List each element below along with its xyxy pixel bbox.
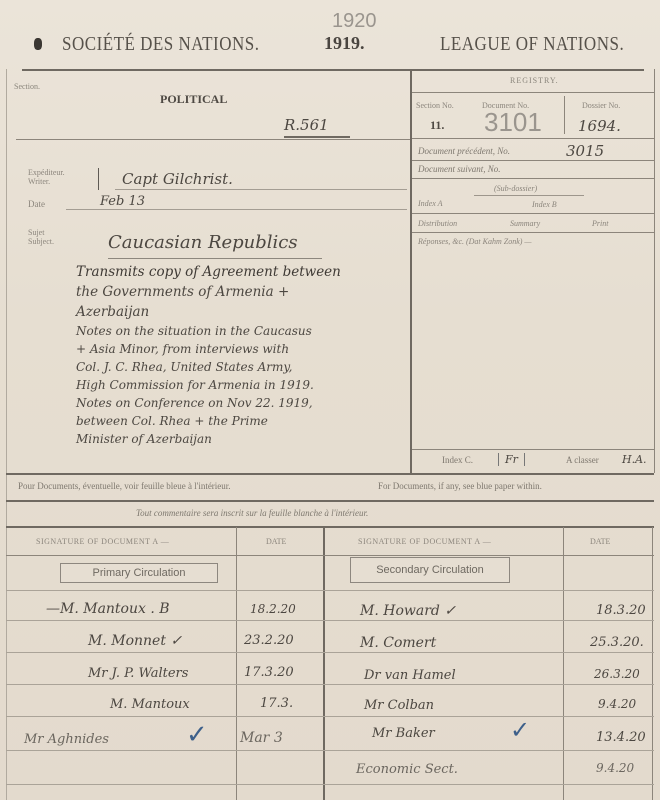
registry-row-divider <box>412 213 654 214</box>
section-no-value: 11. <box>430 118 444 133</box>
sub-dossier-line <box>474 195 584 196</box>
secondary-name-header: SIGNATURE OF DOCUMENT A — <box>358 537 491 546</box>
primary-entry: —M. Mantoux . B 18.2.20 <box>46 600 316 618</box>
checkmark-icon: ✓ <box>186 720 208 750</box>
circulation-header-divider <box>6 555 654 556</box>
section-label: Section. <box>14 82 40 91</box>
circulation-row-line <box>6 784 654 785</box>
index-b-label: Index B <box>532 200 557 209</box>
subject-line: Minister of Azerbaijan <box>76 430 410 448</box>
date-line <box>66 209 407 210</box>
circulation-top-divider <box>6 526 654 528</box>
left-section-divider <box>16 139 410 140</box>
secondary-entry-name: Mr Colban <box>364 698 434 713</box>
doc-previous-value: 3015 <box>566 142 604 160</box>
circulation-row-line <box>6 684 654 685</box>
secondary-entry-date: 9.4.20 <box>598 697 636 711</box>
secondary-date-header: DATE <box>590 537 610 546</box>
primary-date-header: DATE <box>266 537 286 546</box>
subject-title-underline <box>108 258 322 259</box>
subject-line: Transmits copy of Agreement between <box>76 262 410 282</box>
secondary-entry: M. Howard ✓ 18.3.20 <box>360 602 650 620</box>
sheet-left-border <box>6 69 7 800</box>
writer-line <box>115 189 407 190</box>
index-c-value: Fr <box>498 453 525 466</box>
circulation-center-divider <box>323 527 325 800</box>
registry-file-sheet: SOCIÉTÉ DES NATIONS. 1920 1919. LEAGUE O… <box>0 0 660 800</box>
secondary-entry-name: M. Howard ✓ <box>360 603 456 619</box>
annexes-note-en: For Documents, if any, see blue paper wi… <box>378 481 542 491</box>
primary-entry: M. Mantoux 17.3. <box>110 695 316 713</box>
primary-entry: Mr Aghnides Mar 3 <box>24 730 316 748</box>
primary-entry: Mr J. P. Walters 17.3.20 <box>88 664 316 682</box>
registry-col-divider <box>564 96 565 134</box>
secondary-circulation-stamp: Secondary Circulation <box>350 557 510 583</box>
registry-title-divider <box>412 92 654 93</box>
subject-line: the Governments of Armenia + <box>76 282 410 302</box>
primary-entry-date: 17.3. <box>260 696 293 711</box>
secondary-entry-name: Dr van Hamel <box>364 668 456 683</box>
header-right-title: LEAGUE OF NATIONS. <box>440 33 624 56</box>
bullet-mark-icon <box>34 38 42 50</box>
secondary-entry-name: Economic Sect. <box>356 762 458 777</box>
doc-following-label: Document suivant, No. <box>418 164 501 174</box>
circulation-row-line <box>6 652 654 653</box>
annexes-note-fr: Pour Documents, éventuelle, voir feuille… <box>18 481 231 491</box>
registry-left-border <box>410 69 412 473</box>
subject-line: + Asia Minor, from interviews with <box>76 340 410 358</box>
summary-label: Summary <box>510 219 540 228</box>
dossier-no-label: Dossier No. <box>582 101 620 110</box>
reference-underline <box>284 136 350 138</box>
notes-mid-divider <box>6 500 654 502</box>
date-value: Feb 13 <box>100 194 145 209</box>
secondary-entry-date: 9.4.20 <box>596 761 634 775</box>
primary-entry-date: 17.3.20 <box>244 665 294 680</box>
distribution-label: Distribution <box>418 219 457 228</box>
index-a-label: Index A <box>418 199 443 208</box>
a-classer-label: A classer <box>566 455 599 465</box>
primary-entry-name: —M. Mantoux . B <box>46 601 170 617</box>
header-year-stamped: 1920 <box>332 10 377 33</box>
subject-line: Col. J. C. Rhea, United States Army, <box>76 358 410 376</box>
header-year-printed: 1919. <box>324 33 365 54</box>
registry-bottom-divider <box>412 449 654 450</box>
secondary-entry: M. Comert 25.3.20. <box>360 634 650 652</box>
circulation-row-line <box>6 716 654 717</box>
primary-circulation-stamp: Primary Circulation <box>60 563 218 583</box>
registry-row-divider <box>412 160 654 161</box>
primary-entry-name: M. Monnet ✓ <box>88 633 182 649</box>
subject-label: Sujet Subject. <box>28 228 68 246</box>
primary-entry-date: 23.2.20 <box>244 633 294 648</box>
registry-title: REGISTRY. <box>510 76 559 85</box>
subject-line: Azerbaijan <box>76 302 410 322</box>
subject-line: between Col. Rhea + the Prime <box>76 412 410 430</box>
checkmark-icon: ✓ <box>510 716 530 744</box>
circulation-right-border <box>652 527 653 800</box>
registry-row-divider <box>412 178 654 179</box>
primary-entry-date: Mar 3 <box>240 730 283 746</box>
a-classer-value: H.A. <box>622 453 647 466</box>
secondary-entry: Dr van Hamel 26.3.20 <box>364 666 650 684</box>
comments-note: Tout commentaire sera inscrit sur la feu… <box>136 508 368 518</box>
secondary-entry-name: M. Comert <box>360 635 436 651</box>
dossier-no-value: 1694. <box>578 117 621 135</box>
secondary-entry-date: 25.3.20. <box>590 635 644 650</box>
writer-bracket <box>98 168 99 190</box>
subject-line: High Commission for Armenia in 1919. <box>76 376 410 394</box>
primary-entry: M. Monnet ✓ 23.2.20 <box>88 632 316 650</box>
section-value: POLITICAL <box>160 92 227 107</box>
section-no-label: Section No. <box>416 101 454 110</box>
date-label: Date <box>28 199 45 209</box>
circulation-row-line <box>6 590 654 591</box>
replies-label: Réponses, &c. (Dat Kahm Zonk) — <box>418 237 532 246</box>
primary-entry-date: 18.2.20 <box>250 602 296 616</box>
writer-label: Expéditeur. Writer. <box>28 168 66 186</box>
subject-text: Transmits copy of Agreement between the … <box>76 262 410 448</box>
header-divider <box>22 69 644 71</box>
secondary-entry: Mr Colban 9.4.20 <box>364 696 650 714</box>
notes-top-divider <box>6 473 654 475</box>
print-label: Print <box>592 219 608 228</box>
reference-number: R.561 <box>284 116 329 134</box>
subject-line: Notes on the situation in the Caucasus <box>76 322 410 340</box>
index-c-label: Index C. <box>442 455 473 465</box>
secondary-entry-date: 13.4.20 <box>596 730 646 745</box>
writer-value: Capt Gilchrist. <box>122 170 233 188</box>
sheet-right-border <box>654 69 655 473</box>
primary-entry-name: Mr Aghnides <box>24 732 109 747</box>
registry-row-divider <box>412 232 654 233</box>
circulation-row-line <box>6 620 654 621</box>
header-left-title: SOCIÉTÉ DES NATIONS. <box>62 33 259 56</box>
secondary-entry-name: Mr Baker <box>372 726 435 741</box>
secondary-entry-date: 26.3.20 <box>594 667 640 681</box>
subject-line: Notes on Conference on Nov 22. 1919, <box>76 394 410 412</box>
registry-row-divider <box>412 138 654 139</box>
circulation-row-line <box>6 750 654 751</box>
secondary-entry: Economic Sect. 9.4.20 <box>356 760 650 778</box>
primary-entry-name: M. Mantoux <box>110 697 190 712</box>
doc-previous-label: Document précédent, No. <box>418 146 510 156</box>
primary-name-header: SIGNATURE OF DOCUMENT A — <box>36 537 169 546</box>
document-no-value: 3101 <box>484 107 542 138</box>
subject-title: Caucasian Republics <box>108 232 298 253</box>
primary-entry-name: Mr J. P. Walters <box>88 666 188 681</box>
secondary-entry-date: 18.3.20 <box>596 603 646 618</box>
sub-dossier-label: (Sub-dossier) <box>494 184 537 193</box>
